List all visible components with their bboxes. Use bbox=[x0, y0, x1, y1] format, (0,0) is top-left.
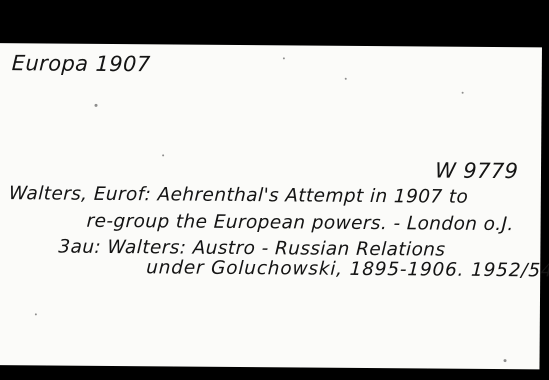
dust-speck bbox=[462, 92, 464, 94]
catalog-card: Europa 1907 W 9779 Walters, Eurof: Aehre… bbox=[0, 43, 542, 369]
dust-speck bbox=[95, 104, 98, 107]
dust-speck bbox=[504, 359, 507, 362]
entry-line-title-1: Walters, Eurof: Aehrenthal's Attempt in … bbox=[8, 183, 468, 208]
dust-speck bbox=[35, 313, 37, 315]
dust-speck bbox=[162, 154, 164, 156]
scanned-catalog-card-photo: Europa 1907 W 9779 Walters, Eurof: Aehre… bbox=[0, 0, 549, 380]
entry-line-title-2: re-group the European powers. - London o… bbox=[86, 211, 514, 235]
dust-speck bbox=[283, 57, 285, 59]
dust-speck bbox=[345, 78, 347, 80]
entry-line-reference-2: under Goluchowski, 1895-1906. 1952/54 bbox=[146, 257, 549, 281]
call-number: W 9779 bbox=[434, 159, 518, 184]
subject-heading: Europa 1907 bbox=[11, 51, 151, 76]
entry-line-reference-1: 3au: Walters: Austro - Russian Relations bbox=[58, 237, 446, 261]
